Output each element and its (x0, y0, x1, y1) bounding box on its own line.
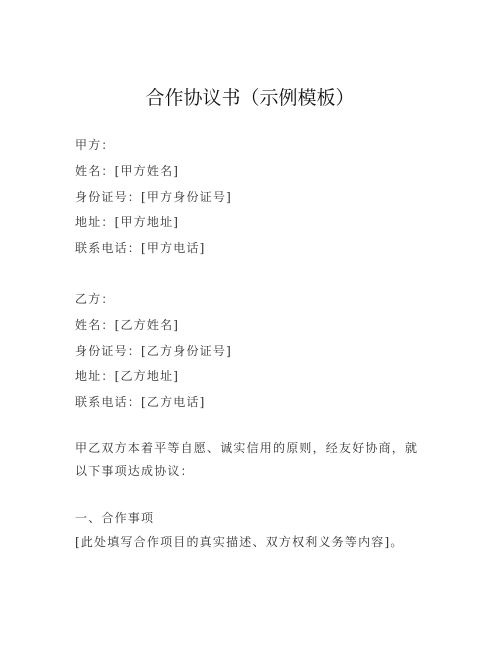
document-title: 合作协议书（示例模板） (0, 83, 500, 110)
party-a-name: 姓名：[甲方姓名] (75, 162, 179, 179)
party-b-address: 地址：[乙方地址] (75, 367, 179, 384)
section-1-body: [此处填写合作项目的真实描述、双方权利义务等内容]。 (75, 531, 427, 554)
party-a-heading: 甲方： (75, 136, 115, 153)
party-b-phone: 联系电话：[乙方电话] (75, 393, 206, 410)
section-1-heading: 一、合作事项 (75, 509, 154, 526)
preamble-paragraph: 甲乙双方本着平等自愿、诚实信用的原则，经友好协商，就以下事项达成协议： (75, 437, 427, 483)
party-a-phone: 联系电话：[甲方电话] (75, 239, 206, 256)
party-a-address: 地址：[甲方地址] (75, 213, 179, 230)
party-b-name: 姓名：[乙方姓名] (75, 316, 179, 333)
party-b-heading: 乙方： (75, 290, 115, 307)
party-a-id: 身份证号：[甲方身份证号] (75, 188, 232, 205)
party-b-id: 身份证号：[乙方身份证号] (75, 342, 232, 359)
